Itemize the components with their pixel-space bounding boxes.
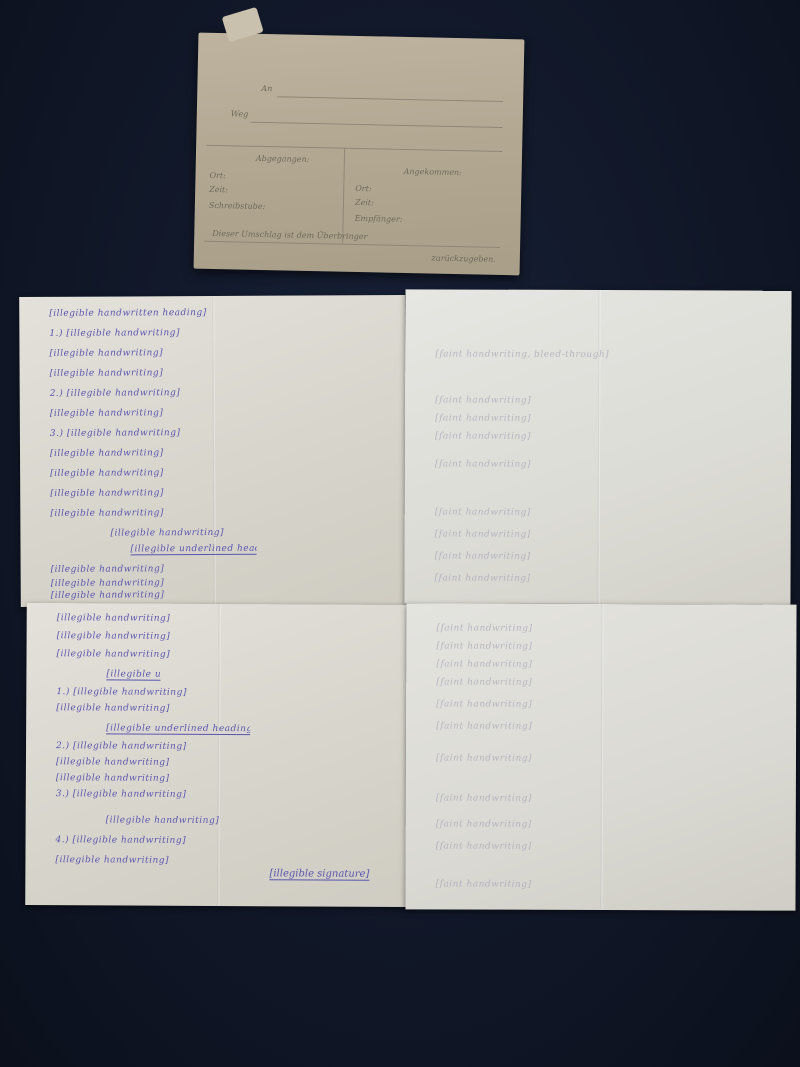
sent-place-label: Ort:	[209, 171, 225, 180]
handwritten-line: 4.) [illegible handwriting]	[56, 835, 388, 848]
handwritten-line: [illegible handwritten heading]	[49, 307, 383, 320]
envelope-footer-text: Dieser Umschlag ist dem Überbringer	[212, 229, 367, 241]
handwritten-line: [illegible handwriting]	[50, 487, 384, 500]
faint-handwritten-line: [faint handwriting]	[436, 819, 774, 831]
handwritten-line: [illegible handwriting]	[56, 703, 388, 716]
handwritten-line: 3.) [illegible handwriting]	[56, 789, 388, 802]
handwritten-heading: [illegible underlined heading]	[106, 723, 250, 735]
handwritten-line: [illegible handwriting]	[56, 649, 388, 662]
faint-handwritten-line: [faint handwriting]	[435, 459, 769, 471]
sent-office-label: Schreibstube:	[209, 201, 266, 211]
handwritten-line: [illegible handwriting]	[50, 407, 384, 420]
handwritten-line: [illegible handwriting]	[56, 773, 388, 786]
faint-handwritten-line: [faint handwriting]	[435, 431, 769, 443]
faint-handwritten-line: [faint handwriting]	[436, 721, 774, 733]
received-time-label: Zeit:	[355, 198, 374, 207]
handwritten-line: [illegible handwriting]	[57, 613, 389, 626]
faint-handwritten-line: [faint handwriting]	[436, 699, 774, 711]
faint-handwritten-line: [faint handwriting]	[436, 793, 774, 805]
handwritten-line: [illegible handwriting]	[55, 855, 387, 868]
signature: [illegible signature]	[269, 868, 369, 881]
handwritten-line: [illegible handwriting]	[110, 527, 384, 539]
envelope-footer-return: zurückzugeben.	[431, 254, 496, 264]
handwritten-heading: [illegible underlined heading]	[130, 544, 256, 556]
received-recipient-label: Empfänger:	[355, 214, 403, 224]
handwritten-line: [illegible handwriting]	[51, 577, 385, 590]
faint-handwritten-line: [faint handwriting]	[435, 507, 769, 519]
faint-handwritten-line: [faint handwriting]	[435, 573, 769, 585]
handwritten-line: [illegible handwriting]	[50, 467, 384, 480]
faint-handwritten-line: [faint handwriting, bleed-through]	[435, 349, 769, 361]
handwritten-line: [illegible handwriting]	[106, 815, 388, 827]
letter-panel-top-right: [faint handwriting, bleed-through] [fain…	[404, 289, 791, 604]
letter-panel-bottom-right: [faint handwriting] [faint handwriting] …	[405, 603, 796, 910]
handwritten-heading: [illegible underlined heading]	[106, 669, 160, 680]
handwritten-line: 1.) [illegible handwriting]	[49, 327, 383, 340]
envelope-line	[251, 122, 503, 128]
envelope-folded-corner	[222, 7, 264, 42]
handwritten-line: 2.) [illegible handwriting]	[50, 387, 384, 400]
faint-handwritten-line: [faint handwriting]	[435, 413, 769, 425]
faint-handwritten-line: [faint handwriting]	[436, 879, 774, 891]
faint-handwritten-line: [faint handwriting]	[436, 753, 774, 765]
faint-handwritten-line: [faint handwriting]	[436, 659, 774, 671]
faint-handwritten-line: [faint handwriting]	[435, 395, 769, 407]
received-place-label: Ort:	[355, 184, 371, 193]
handwritten-line: [illegible handwriting]	[50, 507, 384, 520]
handwritten-line: [illegible handwriting]	[50, 447, 384, 460]
letter-panel-bottom-left: [illegible handwriting] [illegible handw…	[25, 603, 411, 907]
envelope-column-divider	[342, 148, 345, 244]
faint-handwritten-line: [faint handwriting]	[436, 623, 774, 635]
handwritten-line: [illegible handwriting]	[57, 631, 389, 644]
sent-heading: Abgegangen:	[256, 154, 310, 164]
handwritten-line: 3.) [illegible handwriting]	[50, 427, 384, 440]
sent-time-label: Zeit:	[209, 185, 228, 194]
received-heading: Angekommen:	[404, 167, 462, 177]
handwritten-line: 2.) [illegible handwriting]	[56, 741, 388, 754]
faint-handwritten-line: [faint handwriting]	[436, 677, 774, 689]
handwritten-line: [illegible handwriting]	[49, 347, 383, 360]
handwritten-line: [illegible handwriting]	[50, 367, 384, 380]
envelope-divider	[204, 241, 500, 248]
faint-handwritten-line: [faint handwriting]	[436, 841, 774, 853]
faint-handwritten-line: [faint handwriting]	[435, 551, 769, 563]
faint-handwritten-line: [faint handwriting]	[435, 529, 769, 541]
envelope-divider	[206, 145, 502, 152]
envelope-field-to: An	[261, 84, 272, 93]
envelope-line	[277, 96, 503, 102]
handwritten-line: [illegible handwriting]	[51, 563, 385, 576]
envelope-field-route: Weg	[231, 109, 249, 118]
handwritten-line: [illegible handwriting]	[56, 757, 388, 770]
letter-panel-top-left: [illegible handwritten heading] 1.) [ill…	[19, 295, 407, 607]
envelope: An Weg Abgegangen: Ort: Zeit: Schreibstu…	[194, 33, 525, 276]
faint-handwritten-line: [faint handwriting]	[436, 641, 774, 653]
handwritten-line: 1.) [illegible handwriting]	[56, 687, 388, 700]
handwritten-line: [illegible handwriting]	[51, 589, 385, 602]
